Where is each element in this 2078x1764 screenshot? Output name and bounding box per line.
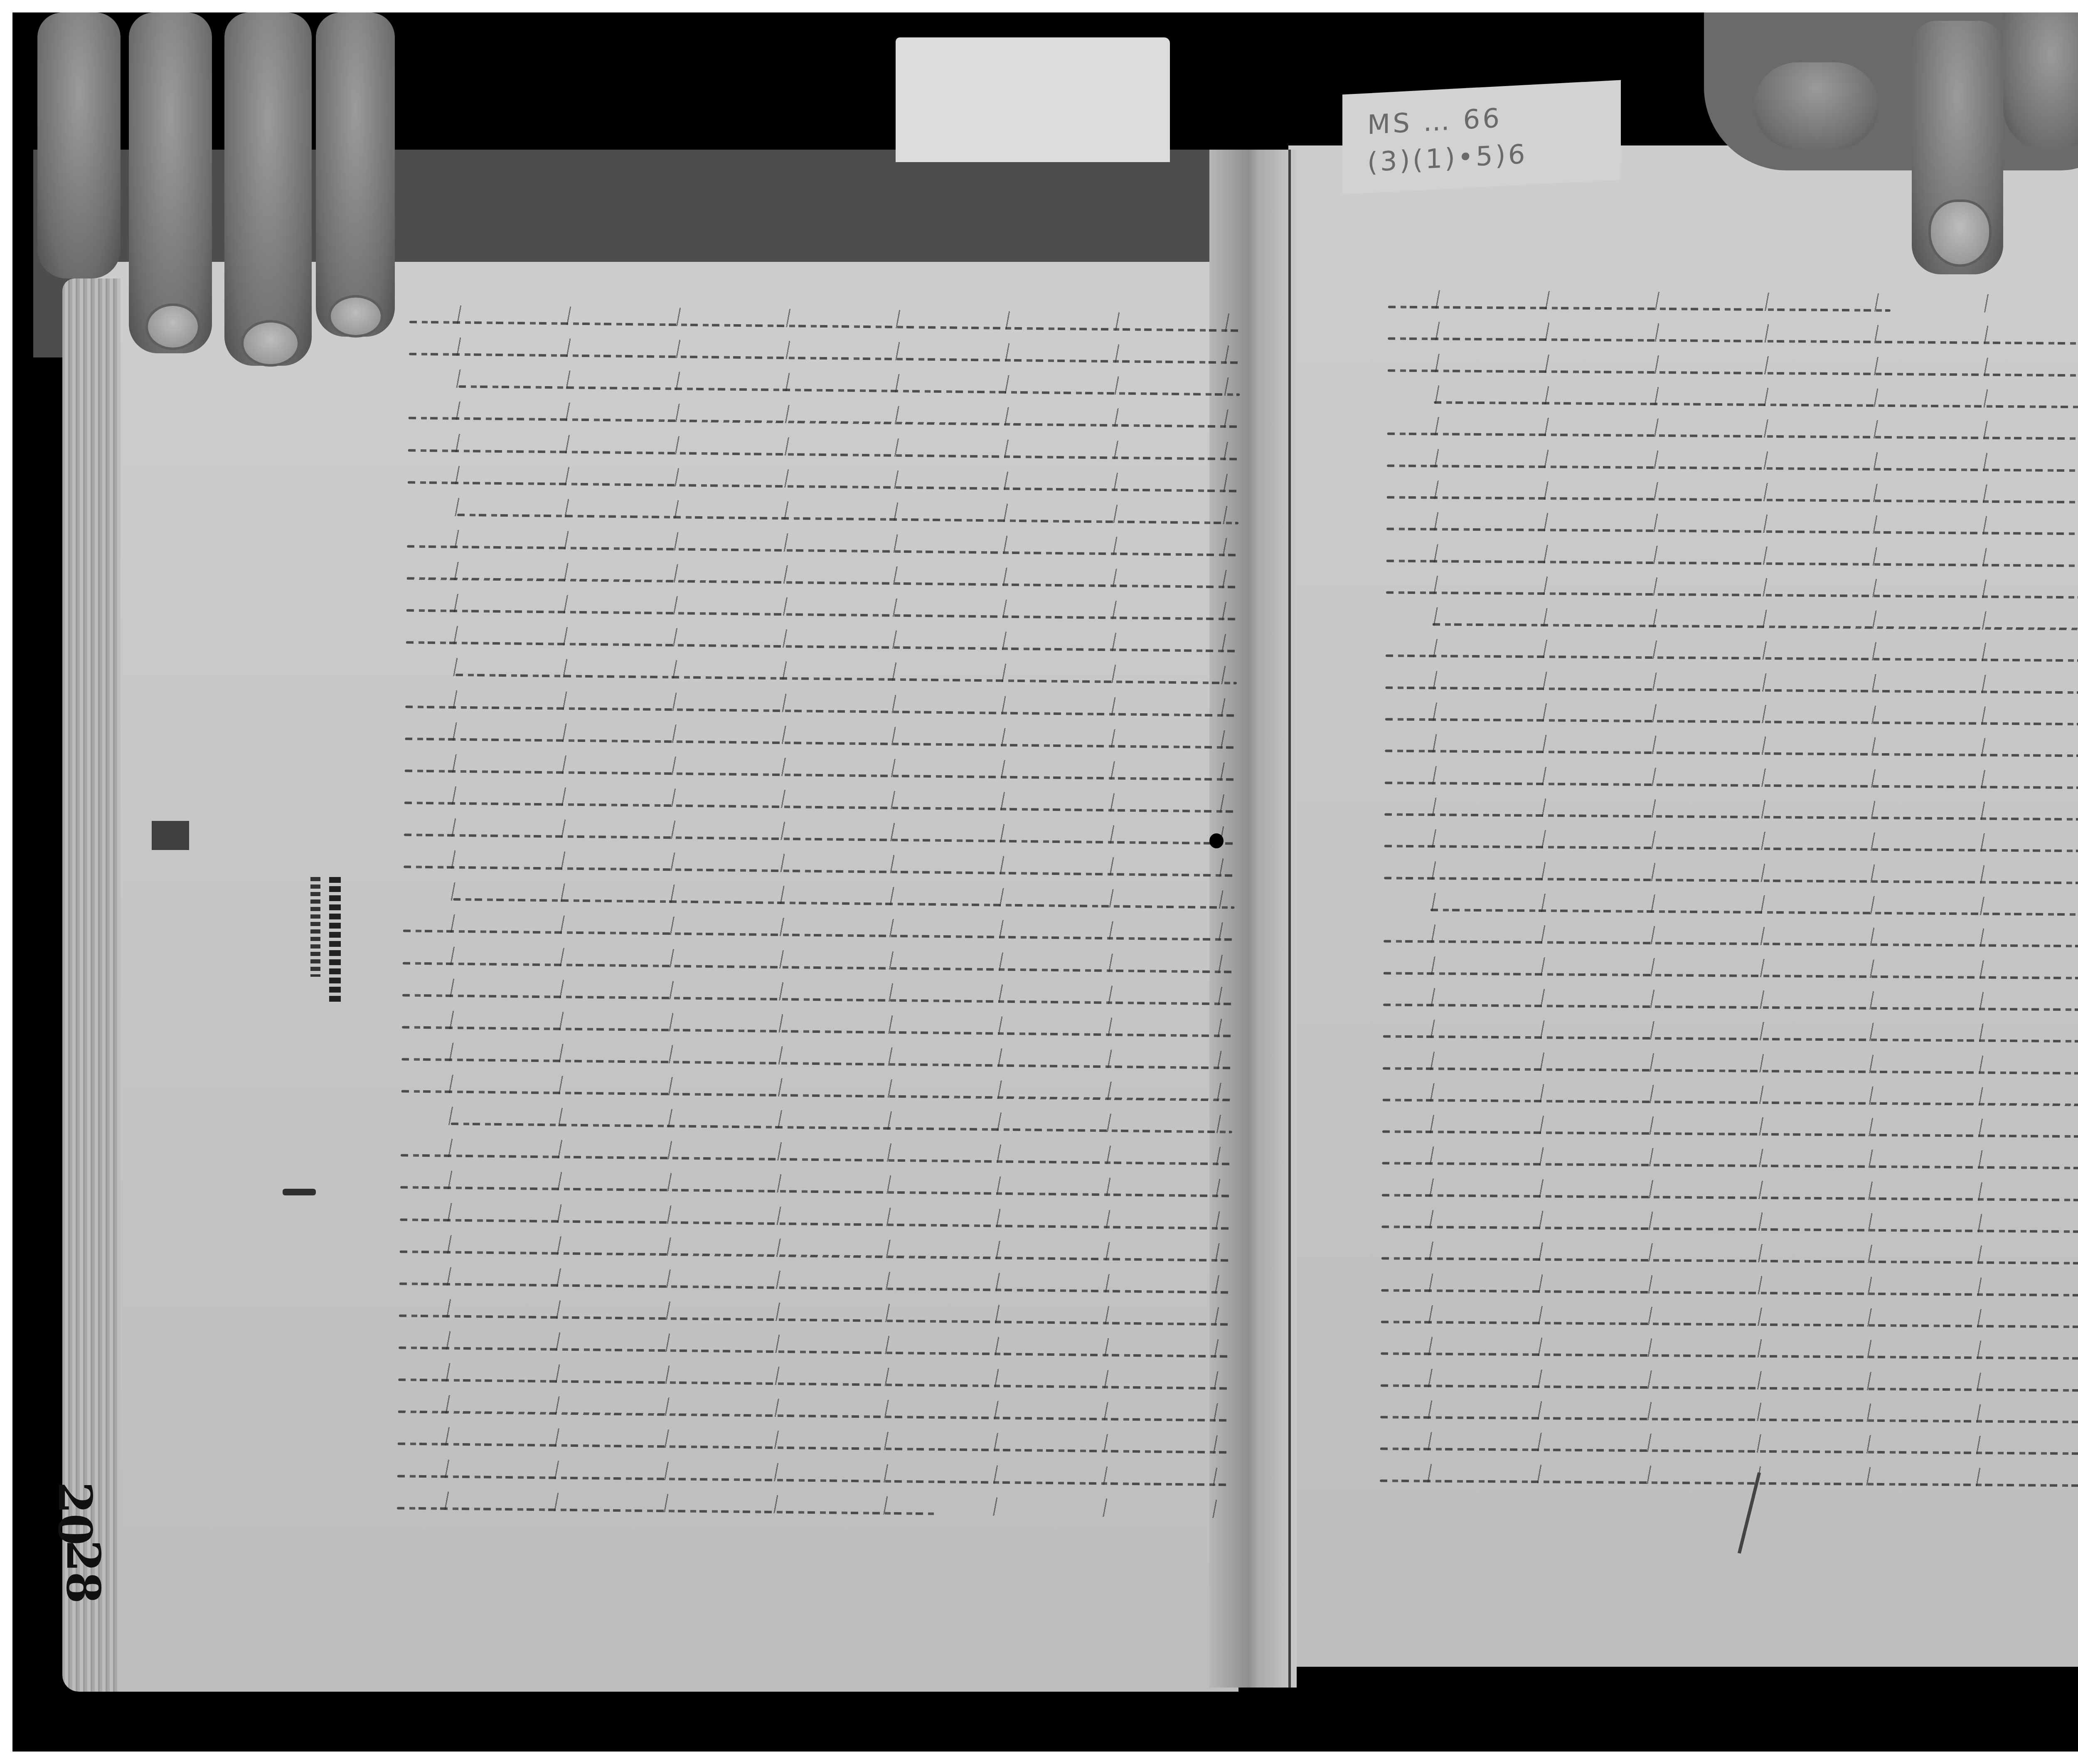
- text-line: [398, 1438, 1229, 1457]
- text-line: [406, 572, 1238, 592]
- text-line: [1382, 1189, 2078, 1205]
- spine-fold-line: [1288, 150, 1291, 1688]
- text-line: [399, 1309, 1230, 1329]
- text-line: [1382, 1126, 2078, 1142]
- text-line: [409, 316, 1241, 335]
- fingernail: [241, 320, 300, 367]
- finger: [37, 12, 121, 278]
- text-line: [408, 412, 1239, 431]
- text-line: [1381, 1284, 2078, 1300]
- paper-tab: [896, 37, 1170, 162]
- text-line: [1380, 1443, 2078, 1459]
- text-line: [399, 1341, 1230, 1361]
- text-line: [1386, 586, 2078, 602]
- text-line: [406, 604, 1238, 624]
- text-line: [404, 796, 1236, 816]
- stamp-number-28: 28: [31, 1540, 110, 1590]
- text-line: [408, 476, 1239, 495]
- fingernail: [328, 295, 383, 338]
- dark-tab: [152, 821, 189, 850]
- text-line: [406, 636, 1237, 656]
- photo-frame: MS … 66 (3)(1)•5)6: [12, 12, 2078, 1752]
- text-line: [398, 1374, 1229, 1393]
- fingernail: [145, 303, 200, 350]
- text-line: [407, 540, 1238, 559]
- text-line: [1383, 998, 2078, 1015]
- text-line: [405, 700, 1236, 720]
- finger: [1754, 62, 1879, 150]
- left-margin-mark: [283, 1189, 316, 1195]
- text-line: [404, 861, 1235, 880]
- text-line: [1382, 1094, 2078, 1110]
- finger: [316, 12, 395, 337]
- text-line: [1384, 872, 2078, 888]
- left-fore-edge: [62, 278, 121, 1692]
- text-line: [1383, 1062, 2078, 1078]
- text-line: [399, 1277, 1231, 1297]
- text-line: [1387, 491, 2078, 507]
- text-line: [407, 508, 1238, 527]
- text-line: [1387, 396, 2078, 412]
- text-line: [397, 1470, 1229, 1489]
- text-line: [1384, 903, 2078, 919]
- text-line: [1387, 459, 2078, 475]
- text-line: [400, 1213, 1231, 1233]
- text-line: [1385, 681, 2078, 697]
- finger: [2003, 12, 2078, 150]
- text-line: [1388, 364, 2078, 380]
- text-line: [1386, 523, 2078, 539]
- text-line: [1385, 713, 2078, 729]
- left-margin-note: [295, 877, 345, 1002]
- text-line: [403, 957, 1234, 976]
- text-line: [1387, 428, 2078, 444]
- text-line: [1384, 840, 2078, 856]
- text-line: [1384, 935, 2078, 951]
- stamp-number-20: 20: [23, 1482, 102, 1532]
- text-line: [1384, 967, 2078, 983]
- text-line: [1388, 333, 2078, 349]
- text-line: [404, 829, 1235, 848]
- text-line: [1386, 650, 2078, 666]
- text-line: [1381, 1348, 2078, 1364]
- text-line: [405, 764, 1236, 784]
- text-line: [401, 1117, 1232, 1137]
- text-line: [406, 668, 1237, 688]
- finger: [129, 12, 212, 353]
- text-line: [400, 1181, 1231, 1201]
- shelfmark-label: MS … 66 (3)(1)•5)6: [1342, 80, 1621, 194]
- text-line: [1381, 1379, 2078, 1395]
- text-line: [1381, 1252, 2078, 1269]
- text-line: [1386, 554, 2078, 571]
- finger: [224, 12, 312, 366]
- right-text-block: [1380, 301, 2078, 1491]
- left-hand: [12, 12, 387, 387]
- text-line: [1382, 1157, 2078, 1173]
- text-line: [403, 925, 1234, 944]
- text-line: [409, 380, 1240, 399]
- text-line: [403, 893, 1234, 912]
- text-line: [1385, 745, 2078, 761]
- text-line: [402, 1021, 1233, 1040]
- text-line: [1386, 618, 2078, 634]
- label-line-2: (3)(1)•5)6: [1367, 139, 1527, 178]
- text-line: [409, 348, 1240, 367]
- ink-dot: [1209, 833, 1224, 848]
- label-line-1: MS … 66: [1367, 103, 1502, 140]
- thumbnail: [1928, 200, 1992, 267]
- text-line: [399, 1245, 1231, 1265]
- text-line: [405, 732, 1236, 752]
- text-line: [1381, 1316, 2078, 1332]
- text-line: [1381, 1221, 2078, 1237]
- text-line: [408, 444, 1239, 463]
- text-line: [402, 989, 1234, 1008]
- text-line: [398, 1406, 1229, 1425]
- left-text-block: [397, 316, 1241, 1522]
- text-line: [401, 1053, 1233, 1072]
- text-line: [1383, 1030, 2078, 1047]
- text-line: [401, 1085, 1232, 1105]
- text-line: [1384, 808, 2078, 825]
- text-line: [401, 1149, 1232, 1169]
- text-line: [1380, 1411, 2078, 1427]
- right-hand: [1704, 12, 2078, 303]
- text-line: [1385, 776, 2078, 793]
